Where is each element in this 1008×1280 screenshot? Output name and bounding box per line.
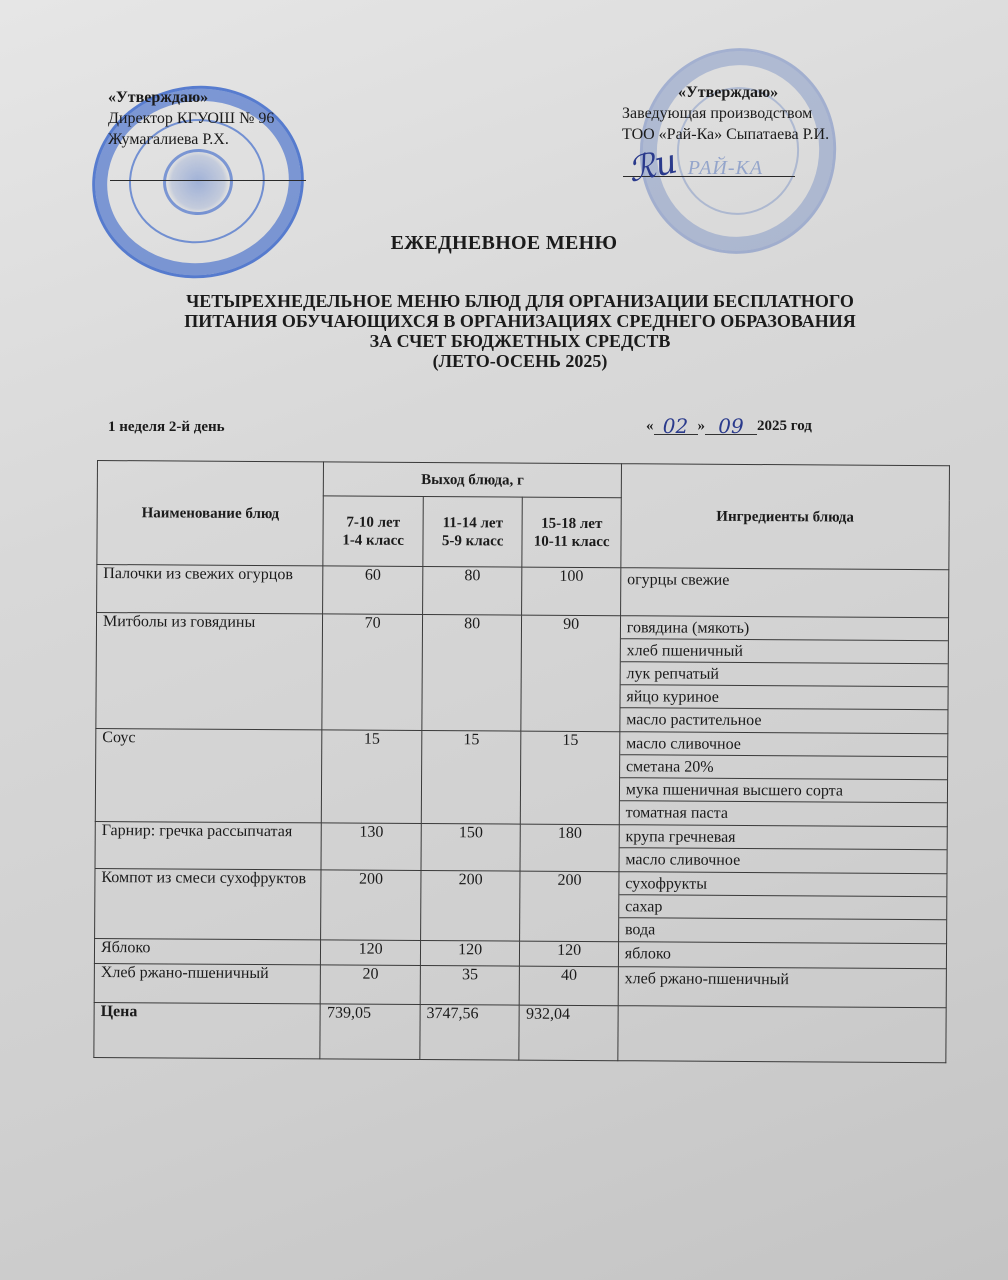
header-ingredients: Ингредиенты блюда xyxy=(621,464,950,570)
header-age-group: 11-14 лет 5-9 класс xyxy=(423,496,523,567)
document-title: ЕЖЕДНЕВНОЕ МЕНЮ xyxy=(0,232,1008,255)
ingredients-cell: говядина (мякоть)хлеб пшеничныйлук репча… xyxy=(620,616,949,734)
date-open-quote: « xyxy=(646,418,654,434)
table-row: Митболы из говядины708090говядина (мякот… xyxy=(96,613,949,734)
ingredient-list: сухофруктысахарвода xyxy=(619,872,947,943)
header-age-group: 15-18 лет 10-11 класс xyxy=(522,497,621,568)
grade-range: 1-4 класс xyxy=(330,531,417,550)
subtitle-line: ПИТАНИЯ ОБУЧАЮЩИХСЯ В ОРГАНИЗАЦИЯХ СРЕДН… xyxy=(90,311,950,331)
document-page: РАЙ-КА «Утверждаю» Директор КГУОШ № 96 Ж… xyxy=(0,0,1008,1280)
yield-value: 90 xyxy=(521,615,620,732)
price-value: 932,04 xyxy=(519,1005,618,1061)
menu-table-body: Палочки из свежих огурцов6080100огурцы с… xyxy=(94,565,949,1063)
dish-name: Митболы из говядины xyxy=(96,613,323,730)
yield-value: 80 xyxy=(422,614,522,731)
yield-value: 200 xyxy=(520,871,619,942)
date-month: 09 xyxy=(705,418,757,435)
ingredient-item: яйцо куриное xyxy=(620,685,947,710)
ingredients-cell: крупа гречневаямасло сливочное xyxy=(619,825,947,874)
approval-heading: «Утверждаю» xyxy=(622,82,829,103)
menu-date: «02»092025 год xyxy=(646,418,812,435)
yield-value: 15 xyxy=(521,731,620,825)
price-value: 739,05 xyxy=(320,1004,420,1060)
ingredient-item: вода xyxy=(619,918,946,943)
date-day: 02 xyxy=(654,418,698,435)
yield-value: 35 xyxy=(420,965,520,1005)
ingredient-item: сахар xyxy=(619,895,946,920)
yield-value: 120 xyxy=(321,940,421,966)
header-age-group: 7-10 лет 1-4 класс xyxy=(323,496,423,567)
ingredient-list: говядина (мякоть)хлеб пшеничныйлук репча… xyxy=(620,616,948,733)
ingredient-item: масло растительное xyxy=(620,708,947,733)
table-row: Хлеб ржано-пшеничный203540хлеб ржано-пше… xyxy=(94,963,946,1007)
ingredients-cell: яблоко xyxy=(618,942,946,969)
yield-value: 150 xyxy=(421,823,521,871)
ingredient-list: хлеб ржано-пшеничный xyxy=(619,967,946,992)
yield-value: 15 xyxy=(421,730,521,824)
yield-value: 200 xyxy=(321,870,421,941)
yield-value: 60 xyxy=(323,566,423,615)
signature-line-director xyxy=(110,180,306,181)
ingredients-cell: хлеб ржано-пшеничный xyxy=(618,967,946,1008)
grade-range: 5-9 класс xyxy=(429,532,516,551)
table-row: Соус151515масло сливочноесметана 20%мука… xyxy=(95,728,948,826)
approval-position: Заведующая производством xyxy=(622,103,829,124)
age-range: 7-10 лет xyxy=(330,513,417,532)
handwritten-signature: ℛu xyxy=(624,141,680,190)
yield-value: 200 xyxy=(420,870,520,941)
week-day-label: 1 неделя 2-й день xyxy=(108,419,225,436)
price-value: 3747,56 xyxy=(420,1004,520,1060)
grade-range: 10-11 класс xyxy=(529,532,615,551)
ingredient-list: огурцы свежие xyxy=(621,568,948,593)
ingredient-item: говядина (мякоть) xyxy=(621,616,948,641)
ingredient-item: томатная паста xyxy=(620,801,947,826)
yield-value: 120 xyxy=(420,940,520,966)
yield-value: 40 xyxy=(520,966,619,1006)
menu-table: Наименование блюд Выход блюда, г Ингреди… xyxy=(93,460,950,1063)
ingredient-item: мука пшеничная высшего сорта xyxy=(620,778,947,803)
ingredients-cell: сухофруктысахарвода xyxy=(618,872,947,944)
age-range: 15-18 лет xyxy=(529,514,615,533)
table-row: Компот из смеси сухофруктов200200200сухо… xyxy=(95,868,947,943)
yield-value: 180 xyxy=(520,824,619,872)
document-subtitle: ЧЕТЫРЕХНЕДЕЛЬНОЕ МЕНЮ БЛЮД ДЛЯ ОРГАНИЗАЦ… xyxy=(90,291,950,371)
yield-value: 100 xyxy=(522,567,621,616)
header-yield: Выход блюда, г xyxy=(324,462,622,498)
dish-name: Соус xyxy=(95,728,322,822)
yield-value: 80 xyxy=(422,566,522,615)
approval-person: Жумагалиева Р.Х. xyxy=(108,129,274,150)
state-emblem-icon xyxy=(159,144,238,219)
dish-name: Гарнир: гречка рассыпчатая xyxy=(95,821,322,869)
ingredient-item: сухофрукты xyxy=(619,872,946,897)
table-row: Гарнир: гречка рассыпчатая130150180крупа… xyxy=(95,821,947,873)
approval-person: ТОО «Рай-Ка» Сыпатаева Р.И. xyxy=(622,124,829,145)
subtitle-line: ЗА СЧЕТ БЮДЖЕТНЫХ СРЕДСТВ xyxy=(90,331,950,351)
ingredient-item: огурцы свежие xyxy=(621,568,948,593)
ingredients-cell: масло сливочноесметана 20%мука пшеничная… xyxy=(619,732,948,827)
dish-name: Хлеб ржано-пшеничный xyxy=(94,963,321,1003)
yield-value: 120 xyxy=(520,941,619,967)
ingredient-item: сметана 20% xyxy=(620,755,947,780)
ingredient-item: масло сливочное xyxy=(619,848,946,873)
ingredients-cell: огурцы свежие xyxy=(620,568,948,618)
price-row: Цена739,053747,56932,04 xyxy=(94,1002,946,1062)
ingredient-list: масло сливочноесметана 20%мука пшеничная… xyxy=(620,732,948,826)
ingredient-item: крупа гречневая xyxy=(619,825,946,850)
header-dish-name: Наименование блюд xyxy=(97,461,324,566)
price-ingredients-empty xyxy=(618,1006,946,1063)
date-suffix: 2025 год xyxy=(757,418,812,434)
ingredient-item: яблоко xyxy=(619,942,946,967)
ingredient-item: хлеб пшеничный xyxy=(621,639,948,664)
yield-value: 15 xyxy=(322,730,422,824)
subtitle-line: (ЛЕТО-ОСЕНЬ 2025) xyxy=(90,351,950,371)
approval-heading: «Утверждаю» xyxy=(108,87,274,108)
approval-block-production: «Утверждаю» Заведующая производством ТОО… xyxy=(622,82,829,145)
approval-block-director: «Утверждаю» Директор КГУОШ № 96 Жумагали… xyxy=(108,87,274,150)
yield-value: 20 xyxy=(321,965,421,1005)
yield-value: 70 xyxy=(322,614,422,731)
ingredient-list: яблоко xyxy=(619,942,946,967)
ingredient-list: крупа гречневаямасло сливочное xyxy=(619,825,946,873)
yield-value: 130 xyxy=(321,823,421,871)
date-close-quote: » xyxy=(698,418,706,434)
ingredient-item: хлеб ржано-пшеничный xyxy=(619,967,946,992)
table-row: Палочки из свежих огурцов6080100огурцы с… xyxy=(97,565,949,618)
dish-name: Яблоко xyxy=(94,938,321,964)
dish-name: Палочки из свежих огурцов xyxy=(97,565,324,614)
subtitle-line: ЧЕТЫРЕХНЕДЕЛЬНОЕ МЕНЮ БЛЮД ДЛЯ ОРГАНИЗАЦ… xyxy=(90,291,950,311)
dish-name: Компот из смеси сухофруктов xyxy=(95,868,322,939)
ingredient-item: лук репчатый xyxy=(620,662,947,687)
age-range: 11-14 лет xyxy=(429,514,516,533)
ingredient-item: масло сливочное xyxy=(620,732,947,757)
price-label: Цена xyxy=(94,1002,321,1058)
approval-position: Директор КГУОШ № 96 xyxy=(108,108,274,129)
